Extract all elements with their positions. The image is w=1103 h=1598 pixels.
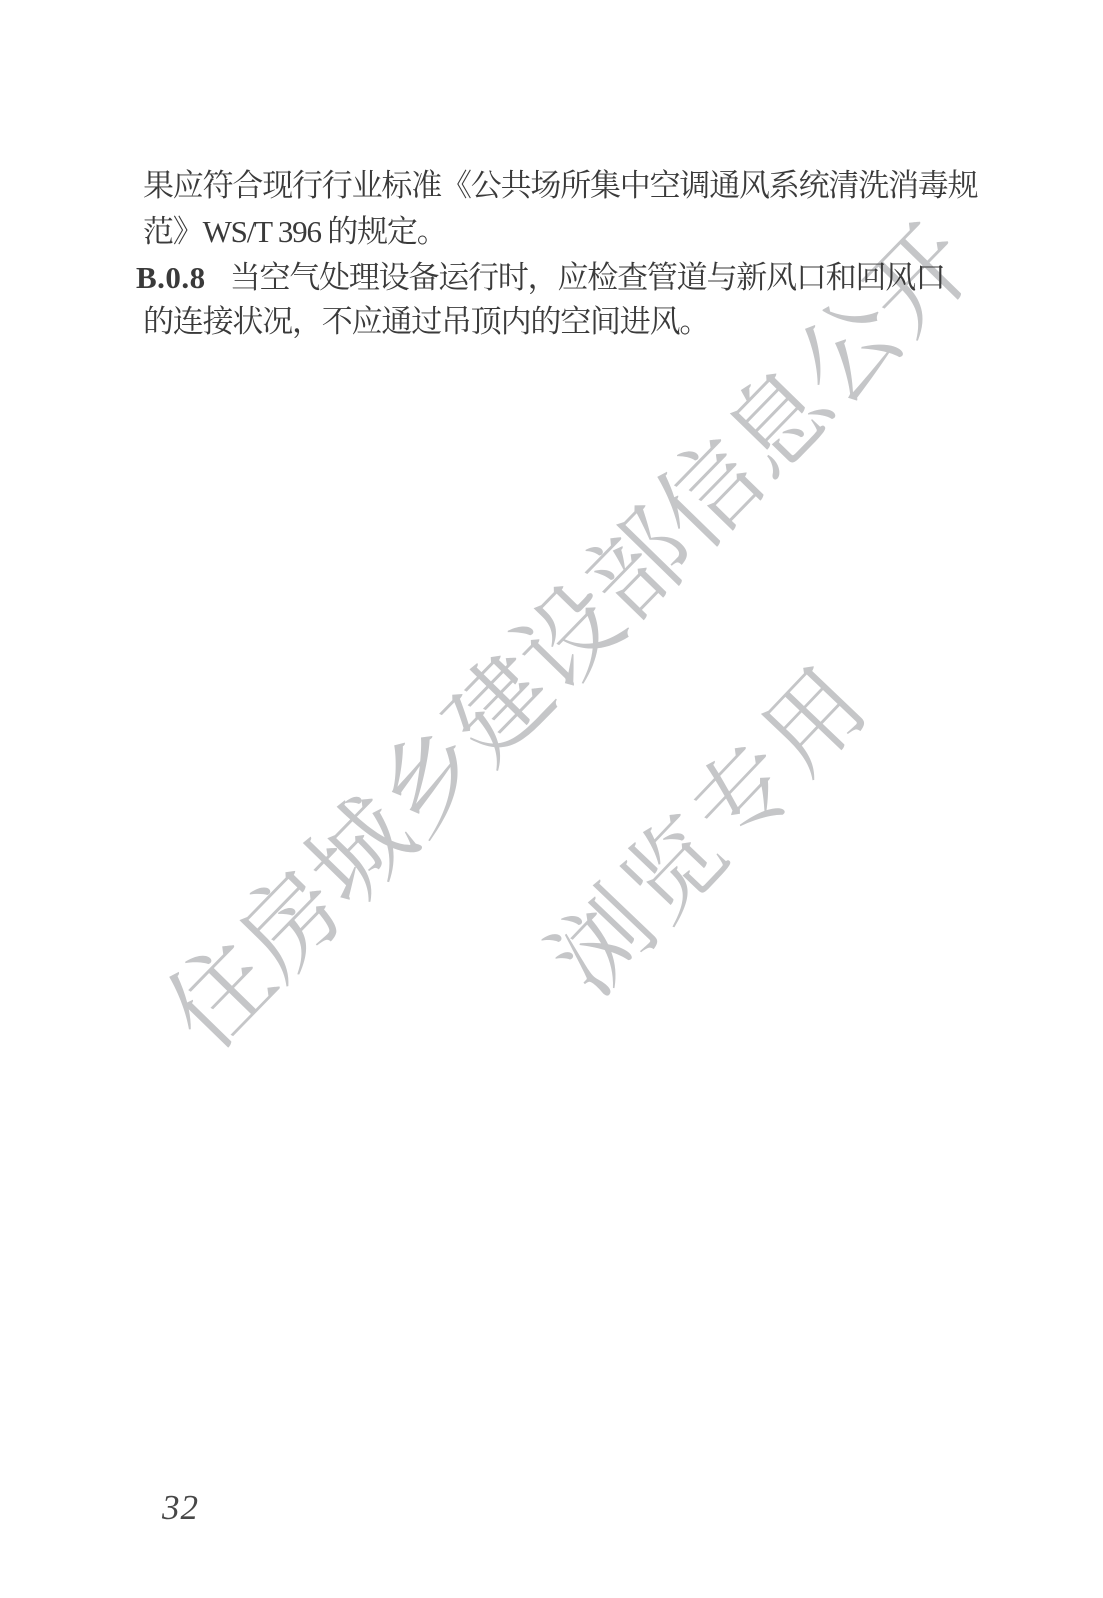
paragraph-continuation-line-2: 范》WS/T 396 的规定。: [143, 214, 447, 250]
clause-text-line-1: 当空气处理设备运行时，应检查管道与新风口和回风口: [230, 260, 945, 295]
watermark-secondary: 浏览专用: [535, 639, 897, 1012]
clause-line-1: B.0.8当空气处理设备运行时，应检查管道与新风口和回风口: [136, 260, 945, 296]
document-page: 住房城乡建设部信息公开 浏览专用 果应符合现行行业标准《公共场所集中空调通风系统…: [0, 0, 1103, 1598]
page-number: 32: [162, 1488, 199, 1528]
clause-line-2: 的连接状况，不应通过吊顶内的空间进风。: [143, 304, 709, 340]
paragraph-continuation-line-1: 果应符合现行行业标准《公共场所集中空调通风系统清洗消毒规: [143, 168, 977, 204]
clause-number: B.0.8: [136, 260, 206, 295]
